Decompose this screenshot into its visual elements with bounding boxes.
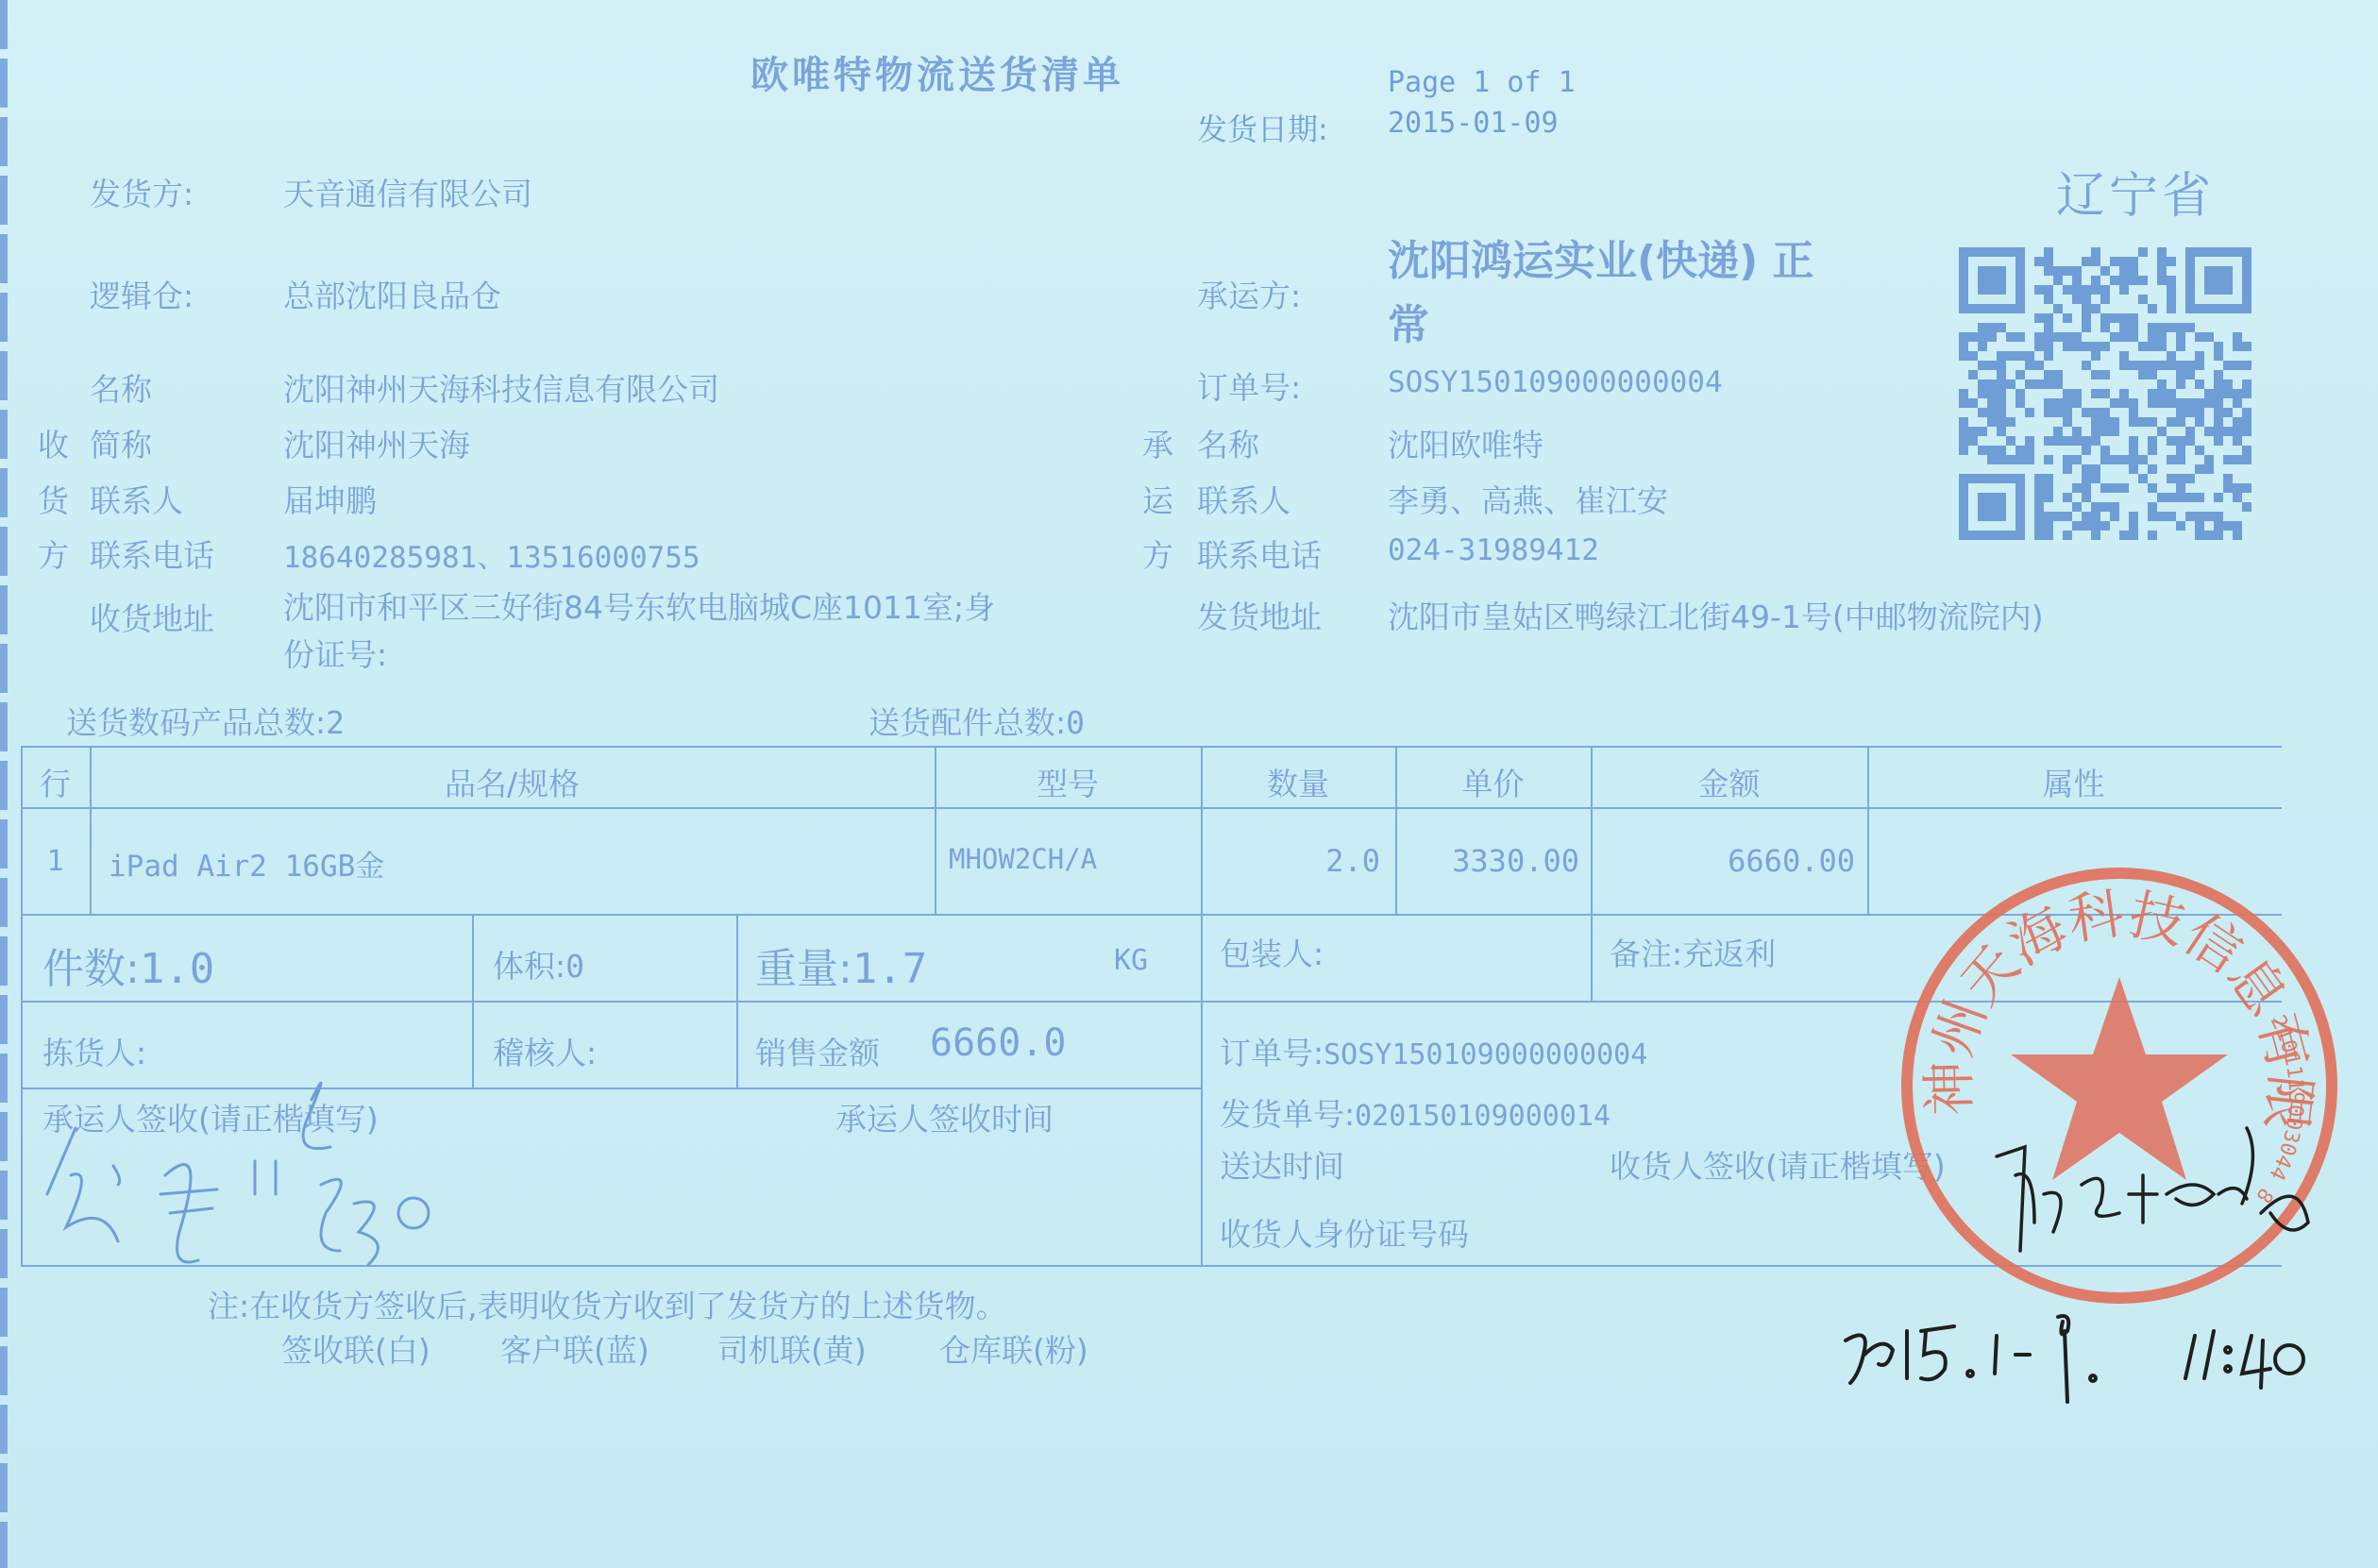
- consignee-side-2: 货: [38, 477, 69, 521]
- carrier-contact-label: 联系人: [1197, 477, 1290, 521]
- consignee-contact-label: 联系人: [90, 477, 183, 521]
- consignee-address-value-line2: 份证号:: [283, 631, 387, 675]
- document-title: 欧唯特物流送货清单: [751, 45, 1124, 99]
- row-model: MHOW2CH/A: [949, 843, 1097, 875]
- consignee-address-value-line1: 沈阳市和平区三好街84号东软电脑城C座1011室;身: [283, 583, 995, 628]
- digital-total-label-text: 送货数码产品总数:: [66, 704, 326, 741]
- consignee-side-1: 收: [38, 421, 69, 465]
- summary-divider-2: [736, 914, 738, 1087]
- carrier-phone-value: 024-31989412: [1388, 533, 1599, 567]
- consignee-short-label: 简称: [90, 421, 152, 465]
- perforated-edge: [0, 0, 8, 1568]
- footer-note: 注:在收货方签收后,表明收货方收到了发货方的上述货物。: [208, 1282, 1007, 1326]
- summary-order-label: 订单号:: [1220, 1035, 1324, 1071]
- carrier-name-label: 名称: [1197, 421, 1259, 465]
- row-qty: 2.0: [1201, 843, 1380, 879]
- accessory-total-label: 送货配件总数:0: [869, 699, 1085, 743]
- header-name-spec: 品名/规格: [90, 760, 935, 804]
- sales-amount-value: 6660.0: [930, 1021, 1067, 1065]
- order-no-label: 订单号:: [1197, 363, 1301, 408]
- carrier-header-value-line2: 常: [1388, 291, 1429, 351]
- carrier-name-value: 沈阳欧唯特: [1388, 421, 1543, 465]
- row-amount: 6660.00: [1591, 843, 1855, 879]
- consignee-name-label: 名称: [90, 365, 152, 410]
- consignee-short-value: 沈阳神州天海: [283, 421, 470, 465]
- delivery-time-label: 送达时间: [1220, 1142, 1344, 1187]
- carrier-side-2: 运: [1142, 477, 1173, 521]
- receiver-signature-icon: [1978, 1119, 2355, 1270]
- table-left-edge: [21, 746, 23, 1267]
- carrier-contact-value: 李勇、高燕、崔江安: [1388, 477, 1668, 521]
- volume-field: 体积:0: [493, 942, 584, 986]
- shipment-no-field: 发货单号:020150109000014: [1220, 1090, 1611, 1135]
- row-product-name: iPad Air2 16GB金: [109, 842, 384, 885]
- header-amount: 金额: [1591, 760, 1867, 804]
- carrier-side-1: 承: [1142, 421, 1173, 465]
- receiver-id-label: 收货人身份证号码: [1220, 1210, 1469, 1255]
- consignee-phone-label: 联系电话: [90, 531, 214, 576]
- summary-order-field: 订单号:SOSY150109000000004: [1220, 1029, 1647, 1073]
- packer-label: 包装人:: [1220, 930, 1324, 974]
- carrier-address-label: 发货地址: [1197, 593, 1322, 637]
- row-line-number: 1: [21, 845, 90, 878]
- footer-copy-white: 签收联(白): [281, 1326, 430, 1371]
- carrier-address-value: 沈阳市皇姑区鸭绿江北街49-1号(中邮物流院内): [1388, 593, 2044, 637]
- consignee-side-3: 方: [38, 531, 69, 576]
- header-unit-price: 单价: [1395, 760, 1591, 804]
- accessory-total-label-text: 送货配件总数:: [869, 704, 1066, 741]
- volume-label: 体积:: [493, 948, 565, 985]
- page-indicator: Page 1 of 1: [1388, 66, 1576, 99]
- consignee-address-label: 收货地址: [90, 595, 214, 639]
- remark-value: 充返利: [1682, 936, 1776, 972]
- accessory-total-value: 0: [1066, 704, 1085, 741]
- pieces-field: 件数:1.0: [42, 935, 214, 995]
- shipper-value: 天音通信有限公司: [283, 170, 532, 214]
- province-label: 辽宁省: [2056, 156, 2215, 227]
- weight-unit: KG: [1114, 944, 1148, 977]
- sales-amount-label: 销售金额: [755, 1029, 880, 1073]
- consignee-name-value: 沈阳神州天海科技信息有限公司: [283, 365, 719, 410]
- consignee-contact-value: 届坤鹏: [283, 477, 377, 521]
- digital-total-value: 2: [326, 704, 345, 741]
- ship-date-value: 2015-01-09: [1388, 107, 1559, 140]
- header-attribute: 属性: [1867, 760, 2280, 804]
- footer-copy-yellow: 司机联(黄): [717, 1326, 867, 1371]
- weight-value: 1.7: [852, 945, 927, 993]
- consignee-phone-value: 18640285981、13516000755: [283, 533, 700, 576]
- warehouse-value: 总部沈阳良品仓: [283, 272, 501, 316]
- footer-copy-pink: 仓库联(粉): [939, 1326, 1088, 1371]
- receipt-time-handwriting-icon: [1827, 1298, 2378, 1421]
- weight-field: 重量:1.7: [755, 935, 927, 995]
- carrier-header-label: 承运方:: [1197, 272, 1301, 316]
- remark-label: 备注:: [1610, 936, 1682, 972]
- header-line: 行: [21, 760, 90, 804]
- qr-code-icon: [1959, 247, 2252, 540]
- row-unit-price: 3330.00: [1395, 843, 1579, 879]
- header-model: 型号: [935, 760, 1201, 804]
- pieces-value: 1.0: [140, 945, 214, 993]
- carrier-signature-icon: [28, 1062, 670, 1279]
- table-top-rule: [21, 746, 2282, 748]
- pieces-label: 件数:: [42, 945, 140, 993]
- order-no-value: SOSY150109000000004: [1388, 365, 1723, 399]
- weight-label: 重量:: [755, 945, 852, 993]
- shipper-label: 发货方:: [90, 170, 194, 214]
- summary-order-value: SOSY150109000000004: [1324, 1038, 1647, 1071]
- col-divider-model: [1201, 746, 1203, 1267]
- carrier-header-value-line1: 沈阳鸿运实业(快递) 正: [1388, 227, 1814, 287]
- volume-value: 0: [565, 948, 584, 985]
- ship-date-label: 发货日期:: [1197, 106, 1328, 149]
- digital-total-label: 送货数码产品总数:2: [66, 699, 345, 743]
- shipment-no-value: 020150109000014: [1355, 1100, 1611, 1133]
- shipment-no-label: 发货单号:: [1220, 1096, 1355, 1133]
- table-header-rule: [21, 807, 2282, 809]
- carrier-side-3: 方: [1142, 531, 1173, 576]
- footer-copy-blue: 客户联(蓝): [500, 1326, 649, 1371]
- warehouse-label: 逻辑仓:: [90, 272, 194, 316]
- carrier-phone-label: 联系电话: [1197, 531, 1322, 576]
- remark-field: 备注:充返利: [1610, 930, 1776, 974]
- header-qty: 数量: [1201, 760, 1395, 804]
- carrier-sign-time-label: 承运人签收时间: [835, 1095, 1054, 1139]
